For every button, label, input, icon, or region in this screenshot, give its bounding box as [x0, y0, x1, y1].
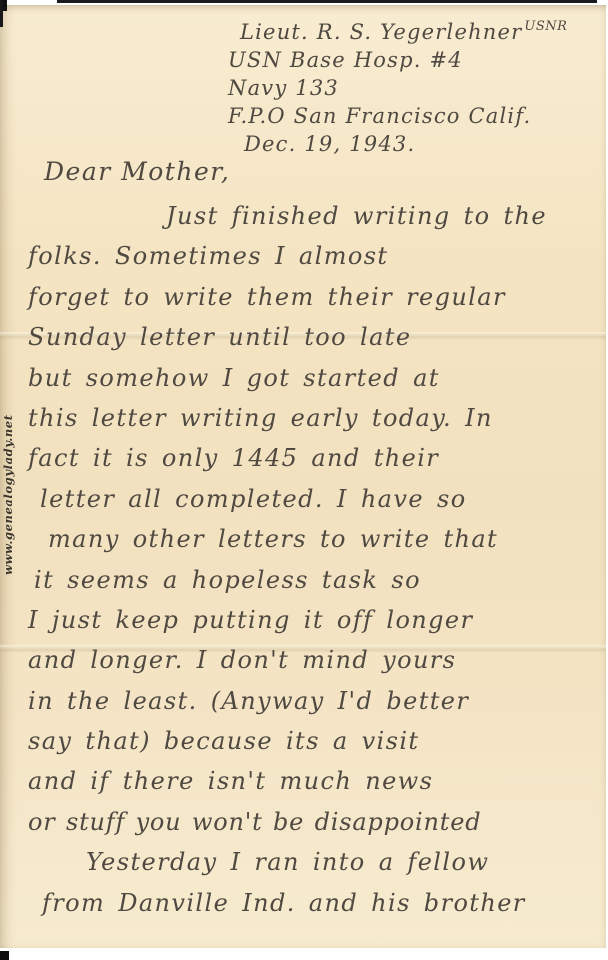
scan-edge-top-strip [57, 0, 597, 3]
letter-header-address-block: Lieut. R. S. YegerlehnerUSNR USN Base Ho… [228, 13, 600, 158]
letter-line: folks. Sometimes I almost [28, 236, 600, 276]
letter-line: Just finished writing to the [28, 196, 600, 236]
sender-rank-suffix: USNR [524, 19, 567, 34]
letter-line: this letter writing early today. In [28, 398, 600, 438]
letter-line: from Danville Ind. and his brother [42, 883, 600, 923]
letter-line: say that) because its a visit [28, 721, 600, 761]
header-line-fpo: F.P.O San Francisco Calif. [228, 102, 600, 130]
letter-line: fact it is only 1445 and their [28, 438, 600, 478]
watermark-url: www.genealogylady.net [1, 391, 19, 599]
header-line-sender-name: Lieut. R. S. YegerlehnerUSNR [228, 13, 600, 46]
letter-line: I just keep putting it off longer [28, 600, 600, 640]
header-line-navy-number: Navy 133 [228, 74, 600, 102]
letter-line: many other letters to write that [48, 519, 600, 559]
letter-scan: www.genealogylady.net Lieut. R. S. Yeger… [0, 0, 608, 960]
letter-body: Just finished writing to the folks. Some… [28, 196, 600, 923]
letter-line: letter all completed. I have so [40, 479, 600, 519]
letter-line: Yesterday I ran into a fellow [28, 842, 600, 882]
header-line-date: Dec. 19, 1943. [228, 130, 600, 158]
letter-line: Sunday letter until too late [28, 317, 600, 357]
letter-line: in the least. (Anyway I'd better [28, 681, 600, 721]
scan-edge-bottom-left-corner [0, 951, 9, 960]
letter-line: and longer. I don't mind yours [28, 640, 600, 680]
sender-name: Lieut. R. S. Yegerlehner [240, 20, 522, 44]
letter-line: and if there isn't much news [28, 761, 600, 801]
salutation: Dear Mother, [44, 157, 230, 186]
letter-line: forget to write them their regular [28, 277, 600, 317]
letter-line: it seems a hopeless task so [34, 560, 600, 600]
letter-line: but somehow I got started at [28, 358, 600, 398]
letter-line: or stuff you won't be disappointed [28, 802, 600, 842]
header-line-unit: USN Base Hosp. #4 [228, 46, 600, 74]
letter-paper: www.genealogylady.net Lieut. R. S. Yeger… [0, 5, 606, 948]
